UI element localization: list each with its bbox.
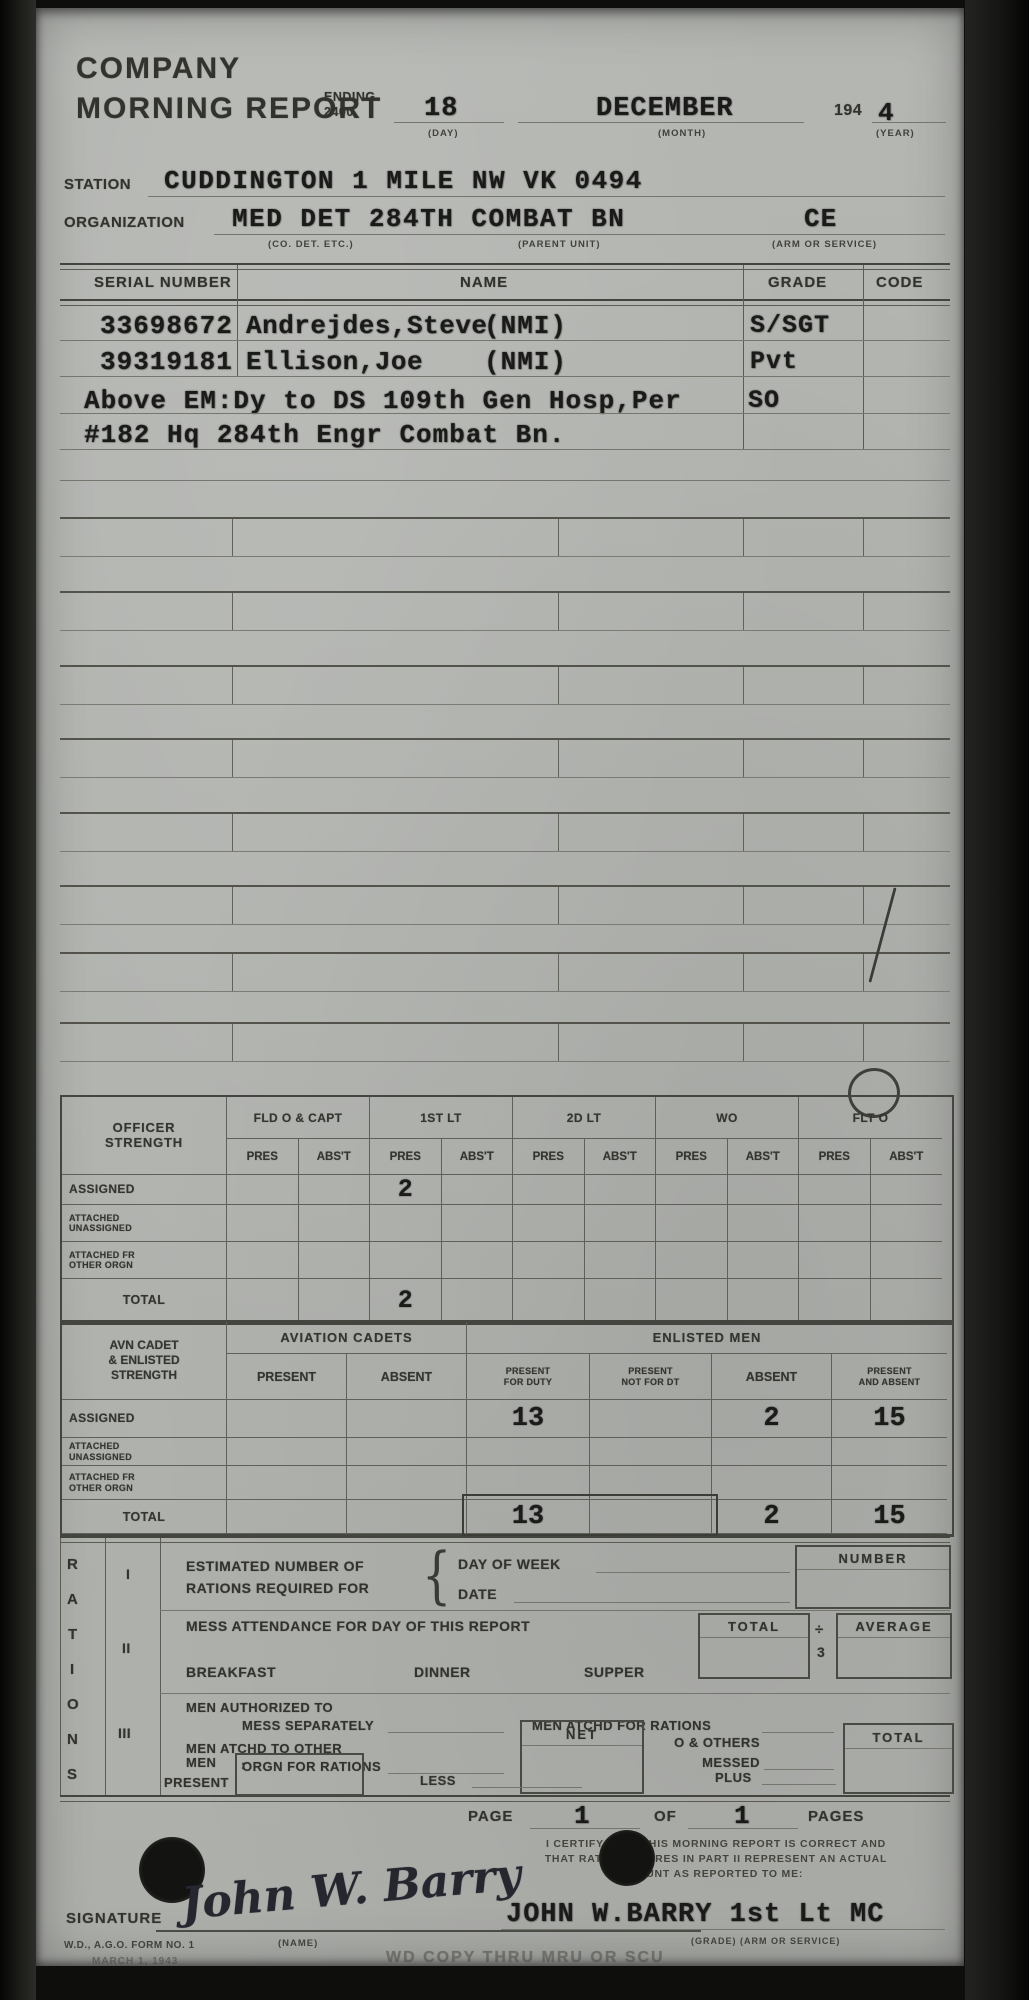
certification-text: I CERTIFY THAT THIS MORNING REPORT IS CO… [456, 1837, 976, 1882]
officer-cell [728, 1205, 800, 1242]
officer-sub-abst: ABS'T [585, 1139, 657, 1175]
signature-handwriting: John W. Barry [179, 1849, 522, 1929]
officer-cell [871, 1279, 943, 1322]
officer-cell [442, 1279, 514, 1322]
aviation-cadets-group: AVIATION CADETS [227, 1322, 467, 1354]
ending-time: 2400 [324, 105, 354, 119]
officer-cell [728, 1175, 800, 1205]
enlisted-title-line2: & ENLISTED [108, 1353, 179, 1368]
rations-brace: { [422, 1539, 451, 1612]
mess-separately-blank [388, 1732, 504, 1733]
organization-underline [214, 234, 945, 235]
rations-letter-divider [105, 1538, 106, 1795]
enlisted-row-assigned: ASSIGNED [62, 1400, 227, 1438]
mess-total-label: TOTAL [700, 1619, 808, 1634]
officer-cell [656, 1175, 728, 1205]
signature-typed-underline [501, 1929, 945, 1930]
enlisted-row-total: TOTAL [62, 1500, 227, 1534]
officer-strength-title: OFFICER STRENGTH [62, 1097, 227, 1175]
officer-cell [227, 1242, 299, 1279]
enlisted-row-attached-fr: ATTACHED FR OTHER ORGN [62, 1466, 227, 1500]
roster-divider-serial [237, 265, 238, 377]
men-atchd-blank [762, 1732, 834, 1733]
enlisted-men-group: ENLISTED MEN [467, 1322, 947, 1354]
officer-sub-abst: ABS'T [442, 1139, 514, 1175]
page-number: 1 [574, 1801, 591, 1831]
pages-total: 1 [734, 1801, 751, 1831]
remark-row-line [60, 413, 950, 414]
average-box: AVERAGE [836, 1613, 952, 1679]
mess-total-line [700, 1637, 808, 1638]
entry-grade: S/SGT [750, 311, 830, 340]
number-box-label: NUMBER [797, 1551, 949, 1566]
men-label: MEN [186, 1755, 216, 1770]
entry-row-line [60, 376, 950, 377]
form-title-line1: COMPANY [76, 52, 241, 86]
rations-left-border [60, 1538, 61, 1795]
enlisted-title-line3: STRENGTH [111, 1368, 177, 1383]
officer-cell [656, 1242, 728, 1279]
label-line: PRESENT [867, 1366, 912, 1376]
station-label: STATION [64, 176, 131, 193]
present-not-for-duty-col: PRESENT NOT FOR DT [590, 1354, 712, 1400]
label-line: AND ABSENT [859, 1377, 921, 1387]
mess-separately-label: MESS SEPARATELY [242, 1718, 374, 1733]
officer-cell [513, 1205, 585, 1242]
station-underline [148, 196, 945, 197]
year-hint: (YEAR) [876, 128, 915, 139]
present-and-absent-col: PRESENT AND ABSENT [832, 1354, 947, 1400]
rations-letter: O [67, 1696, 79, 1713]
officer-total-1stlt-pres: 2 [370, 1279, 442, 1322]
officer-cell [799, 1175, 871, 1205]
officer-cell [871, 1175, 943, 1205]
officer-cell [728, 1242, 800, 1279]
enlisted-cell [712, 1438, 832, 1466]
enlisted-strength-title: AVN CADET & ENLISTED STRENGTH [62, 1322, 227, 1400]
net-box: NET [520, 1720, 644, 1794]
cadets-present-col: PRESENT [227, 1354, 347, 1400]
officer-cell [799, 1242, 871, 1279]
label-line: ATTACHED FR [69, 1250, 135, 1260]
rations-est-label2: RATIONS REQUIRED FOR [186, 1580, 369, 1596]
signature-label: SIGNATURE [66, 1910, 162, 1927]
rations-numeral-divider [160, 1538, 161, 1795]
blank-entry-row [60, 1022, 950, 1062]
officer-cell [227, 1175, 299, 1205]
officer-sub-pres: PRES [370, 1139, 442, 1175]
rations-total-label: TOTAL [845, 1730, 952, 1745]
officer-title-line1: OFFICER [113, 1121, 176, 1135]
officer-cell [299, 1175, 371, 1205]
blank-entry-row [60, 952, 950, 992]
enlisted-absent-col: ABSENT [712, 1354, 832, 1400]
blank-entry-row [60, 885, 950, 925]
officer-cell [656, 1279, 728, 1322]
rations-numeral-3: III [118, 1725, 131, 1741]
officer-sub-pres: PRES [656, 1139, 728, 1175]
enlisted-row-attached-unassigned: ATTACHED UNASSIGNED [62, 1438, 227, 1466]
enlisted-cell [227, 1400, 347, 1438]
enlisted-cell [590, 1438, 712, 1466]
label-line: FOR DUTY [504, 1377, 552, 1387]
rations-numeral-1: I [126, 1566, 130, 1582]
officer-cell [656, 1205, 728, 1242]
officer-sub-pres: PRES [799, 1139, 871, 1175]
ending-label: ENDING [324, 90, 376, 104]
entry-serial: 33698672 [100, 311, 233, 341]
officer-cell [585, 1279, 657, 1322]
entry-nmi: (NMI) [484, 347, 567, 377]
blank-entry-row [60, 812, 950, 852]
rations-total-box: TOTAL [843, 1723, 954, 1794]
form-paper: COMPANY MORNING REPORT ENDING 2400 18 (D… [36, 8, 964, 1966]
roster-divider-code [863, 265, 864, 450]
roster-top-rule [60, 263, 950, 270]
remark-line1: Above EM:Dy to DS 109th Gen Hosp,Per [84, 386, 682, 416]
average-box-label: AVERAGE [838, 1619, 950, 1634]
enlisted-cell [347, 1438, 467, 1466]
officer-group-wo: WO [656, 1097, 799, 1139]
present-label: PRESENT [164, 1775, 229, 1790]
label-line: PRESENT [628, 1366, 673, 1376]
certify-line1: I CERTIFY THAT THIS MORNING REPORT IS CO… [456, 1837, 976, 1852]
messed-blank [764, 1769, 834, 1770]
officer-sub-abst: ABS'T [871, 1139, 943, 1175]
officer-cell [227, 1205, 299, 1242]
rations-top-rule [60, 1536, 950, 1543]
officer-sub-abst: ABS'T [299, 1139, 371, 1175]
rations-row1-rule [160, 1610, 950, 1611]
officer-cell [513, 1175, 585, 1205]
enlisted-cell [347, 1466, 467, 1500]
entry-serial: 39319181 [100, 347, 233, 377]
label-line: ATTACHED FR [69, 1472, 135, 1482]
net-box-label: NET [522, 1727, 642, 1742]
rations-letter: T [68, 1626, 78, 1643]
officer-cell [370, 1242, 442, 1279]
roster-header-code: CODE [876, 274, 923, 291]
entry-row-line [60, 340, 950, 341]
scan-border-right [965, 0, 1029, 2000]
officer-cell [370, 1205, 442, 1242]
year-underline [872, 122, 946, 123]
label-line: UNASSIGNED [69, 1452, 132, 1462]
signature-typed-name: JOHN W.BARRY 1st Lt MC [506, 1900, 884, 1930]
punch-hole-right [599, 1830, 655, 1886]
number-box: NUMBER [795, 1545, 951, 1609]
divide-sign: ÷ [815, 1621, 824, 1638]
mess-attendance-label: MESS ATTENDANCE FOR DAY OF THIS REPORT [186, 1618, 530, 1634]
less-label: LESS [420, 1773, 456, 1788]
rations-letter: N [67, 1731, 78, 1748]
enlisted-cell [227, 1500, 347, 1534]
officer-sub-abst: ABS'T [728, 1139, 800, 1175]
enlisted-cell [590, 1400, 712, 1438]
month-hint: (MONTH) [658, 128, 706, 139]
blank-entry-row [60, 738, 950, 778]
day-underline [394, 122, 504, 123]
enlisted-total-absent: 2 [712, 1500, 832, 1534]
blank-entry-row [60, 665, 950, 705]
entry-nmi: (NMI) [484, 311, 567, 341]
rations-bottom-rule [60, 1795, 950, 1802]
scanned-morning-report: COMPANY MORNING REPORT ENDING 2400 18 (D… [0, 0, 1029, 2000]
men-present-colon-mark: : [241, 1758, 362, 1772]
o-others-label: O & OTHERS [658, 1735, 760, 1750]
remark-line2: #182 Hq 284th Engr Combat Bn. [84, 420, 565, 450]
rations-letter: A [67, 1591, 78, 1608]
date-label: DATE [458, 1586, 497, 1602]
form-number: W.D., A.G.O. FORM NO. 1 [64, 1940, 195, 1951]
less-blank [472, 1787, 582, 1788]
blank-line [60, 480, 950, 481]
officer-cell [799, 1205, 871, 1242]
officer-cell [728, 1279, 800, 1322]
of-label: OF [654, 1808, 677, 1825]
enlisted-assigned-pfd: 13 [467, 1400, 590, 1438]
officer-group-1stlt: 1ST LT [370, 1097, 513, 1139]
present-for-duty-col: PRESENT FOR DUTY [467, 1354, 590, 1400]
number-box-line [797, 1569, 949, 1570]
rations-letter: S [67, 1766, 78, 1783]
officer-cell [299, 1279, 371, 1322]
enlisted-assigned-absent: 2 [712, 1400, 832, 1438]
dinner-label: DINNER [414, 1664, 471, 1680]
roster-divider-grade [743, 265, 744, 450]
date-blank [514, 1602, 790, 1603]
officer-sub-pres: PRES [227, 1139, 299, 1175]
officer-cell [299, 1205, 371, 1242]
entry-name: Andrejdes,Steve [246, 311, 488, 341]
officer-cell [513, 1242, 585, 1279]
officer-row-total: TOTAL [62, 1279, 227, 1322]
rations-numeral-2: II [122, 1640, 131, 1656]
officer-cell [299, 1242, 371, 1279]
officer-cell [585, 1205, 657, 1242]
label-line: OTHER ORGN [69, 1260, 133, 1270]
remark-row-line [60, 449, 950, 450]
mess-total-box: TOTAL [698, 1613, 810, 1679]
roster-header-rule [60, 299, 950, 306]
men-present-box: : [235, 1753, 364, 1796]
officer-cell [442, 1205, 514, 1242]
officer-assigned-1stlt-pres: 2 [370, 1175, 442, 1205]
supper-label: SUPPER [584, 1664, 645, 1680]
rations-row2-rule [160, 1693, 950, 1694]
label-line: UNASSIGNED [69, 1223, 132, 1233]
officer-cell [442, 1242, 514, 1279]
roster-header-grade: GRADE [768, 274, 827, 291]
organization-value: MED DET 284TH COMBAT BN [232, 204, 625, 234]
label-line: NOT FOR DT [622, 1377, 680, 1387]
label-line: OTHER ORGN [69, 1483, 133, 1493]
enlisted-cell [832, 1466, 947, 1500]
enlisted-assigned-pa: 15 [832, 1400, 947, 1438]
day-of-week-label: DAY OF WEEK [458, 1556, 561, 1572]
officer-cell [585, 1242, 657, 1279]
certify-line2: THAT RATION FIGURES IN PART II REPRESENT… [456, 1852, 976, 1867]
officer-title-line2: STRENGTH [105, 1136, 183, 1150]
remark-line1-grade: SO [748, 386, 780, 415]
officer-cell [871, 1242, 943, 1279]
plus-blank [762, 1784, 836, 1785]
officer-sub-pres: PRES [513, 1139, 585, 1175]
year-prefix: 194 [834, 102, 862, 120]
day-value: 18 [424, 94, 458, 124]
officer-row-attached-unassigned: ATTACHED UNASSIGNED [62, 1205, 227, 1242]
net-box-line [522, 1745, 642, 1746]
rations-est-label1: ESTIMATED NUMBER OF [186, 1558, 364, 1574]
officer-group-flto: FLT O [799, 1097, 942, 1139]
rations-letter: R [67, 1556, 78, 1573]
label-line: PRESENT [506, 1366, 551, 1376]
enlisted-cell [227, 1466, 347, 1500]
officer-cell [871, 1205, 943, 1242]
officer-cell [227, 1279, 299, 1322]
enlisted-cell [347, 1400, 467, 1438]
copy-routing-note: WD COPY THRU MRU OR SCU [386, 1949, 665, 1967]
org-unit-hint: (CO. DET. ETC.) [268, 239, 354, 250]
entry-name: Ellison,Joe [246, 347, 423, 377]
officer-row-attached-fr: ATTACHED FR OTHER ORGN [62, 1242, 227, 1279]
grade-arm-hint: (GRADE) (ARM OR SERVICE) [691, 1936, 840, 1946]
enlisted-cell [347, 1500, 467, 1534]
day-hint: (DAY) [428, 128, 459, 139]
enlisted-cell [832, 1438, 947, 1466]
messed-label: MESSED [658, 1755, 760, 1770]
rations-letter: I [70, 1661, 75, 1678]
officer-cell [585, 1175, 657, 1205]
enlisted-total-pa: 15 [832, 1500, 947, 1534]
officer-cell [799, 1279, 871, 1322]
men-authorized-label: MEN AUTHORIZED TO [186, 1700, 333, 1715]
station-value: CUDDINGTON 1 MILE NW VK 0494 [164, 166, 643, 196]
certify-line3: COUNT AS REPORTED TO ME: [456, 1867, 976, 1882]
blank-entry-row [60, 517, 950, 557]
scan-border-left [0, 0, 36, 2000]
entry-grade: Pvt [750, 347, 798, 376]
rations-total-line [845, 1748, 952, 1749]
enlisted-cell [227, 1438, 347, 1466]
org-parent-hint: (PARENT UNIT) [518, 239, 600, 250]
handdrawn-total-box [462, 1494, 718, 1536]
enlisted-cell [712, 1466, 832, 1500]
divide-by-three: 3 [817, 1644, 825, 1660]
breakfast-label: BREAKFAST [186, 1664, 276, 1680]
officer-group-2dlt: 2D LT [513, 1097, 656, 1139]
page-label: PAGE [468, 1808, 513, 1825]
officer-cell [442, 1175, 514, 1205]
organization-label: ORGANIZATION [64, 214, 185, 231]
cadets-absent-col: ABSENT [347, 1354, 467, 1400]
label-line: ATTACHED [69, 1213, 120, 1223]
officer-cell [513, 1279, 585, 1322]
average-box-line [838, 1637, 950, 1638]
label-line: ATTACHED [69, 1441, 120, 1451]
roster-header-name: NAME [460, 274, 508, 291]
enlisted-title-line1: AVN CADET [109, 1338, 178, 1353]
arm-service-value: CE [804, 204, 837, 234]
pages-label: PAGES [808, 1808, 864, 1825]
form-date: MARCH 1, 1943 [92, 1956, 178, 1967]
officer-row-assigned: ASSIGNED [62, 1175, 227, 1205]
year-value: 4 [878, 98, 895, 128]
arm-service-hint: (ARM OR SERVICE) [772, 239, 877, 250]
name-hint: (NAME) [278, 1938, 318, 1949]
month-underline [518, 122, 804, 123]
day-of-week-blank [596, 1572, 790, 1573]
plus-label: PLUS [715, 1770, 752, 1785]
roster-header-serial: SERIAL NUMBER [94, 274, 232, 291]
blank-entry-row [60, 591, 950, 631]
officer-group-fldo: FLD O & CAPT [227, 1097, 370, 1139]
enlisted-cell [467, 1438, 590, 1466]
month-value: DECEMBER [596, 94, 734, 124]
officer-strength-table: OFFICER STRENGTH FLD O & CAPT 1ST LT 2D … [60, 1095, 954, 1325]
signature-line [156, 1930, 701, 1932]
